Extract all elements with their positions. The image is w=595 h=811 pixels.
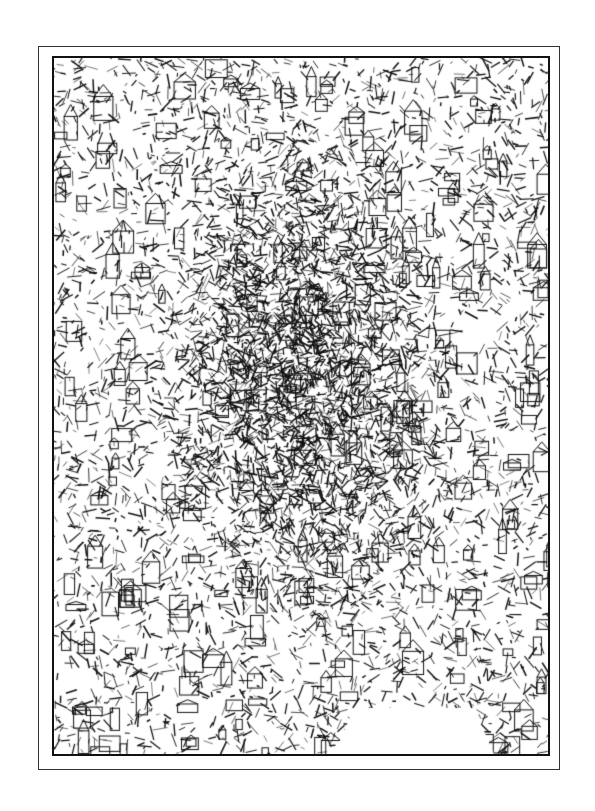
drawing-canvas <box>54 58 548 754</box>
ink-drawing <box>52 56 550 756</box>
